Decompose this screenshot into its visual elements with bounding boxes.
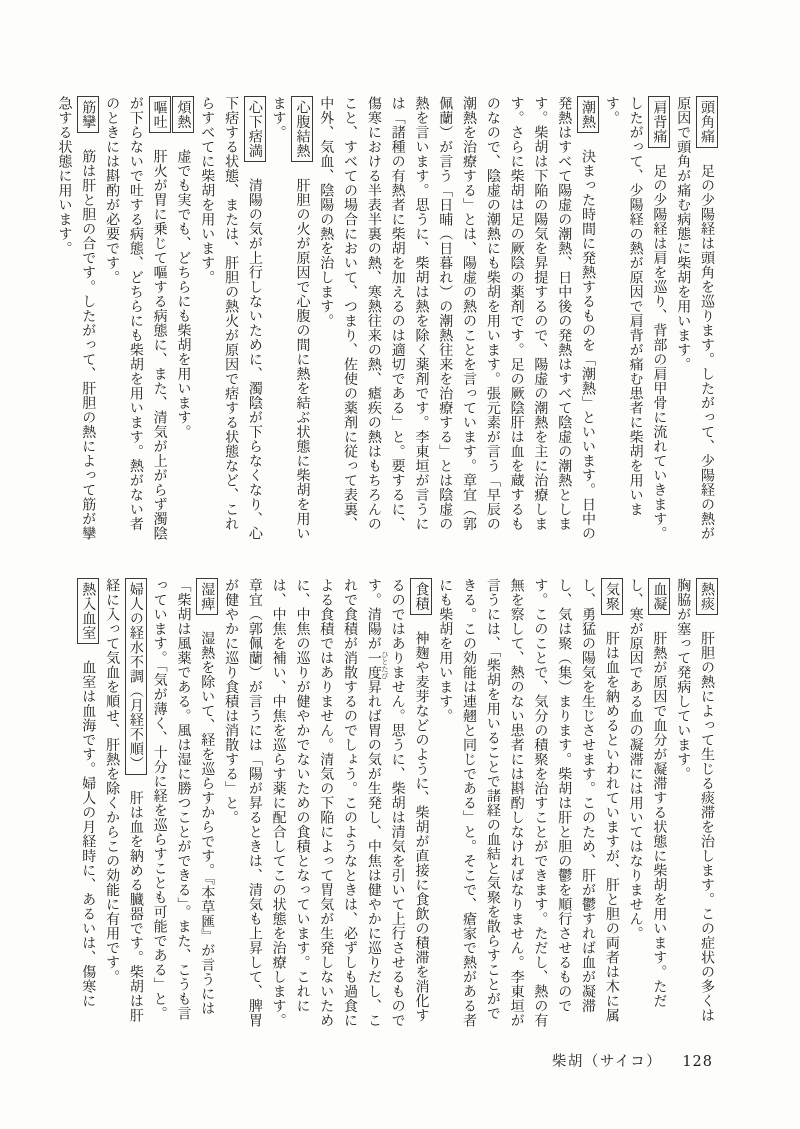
entry-body-ketsugyou: 肝熱が原因で血分が凝滞する状態に柴胡を用います。ただし、寒が原因である血の凝滞に… [628, 578, 668, 1008]
entry-body-outo: 肝火が胃に乗じて嘔する病態に、また、清気が上がらず濁陰が下らないで吐する病態、ど… [104, 96, 168, 541]
entry-body-kishuu: 肝は血を納めるといわれていますが、肝と胆の両者は木に属し、勇猛の陽気を生じさせま… [437, 578, 620, 1028]
entry-body-hannetsu: 虚でも実でも、どちらにも柴胡を用います。 [175, 149, 191, 439]
entry-shinka-himan: 心下痞満清陽の気が上行しないために、濁陰が下らなくなり、心下痞する状態、または、… [194, 96, 265, 544]
entry-kishuu: 気聚肝は血を納めるといわれていますが、肝と胆の両者は木に属し、勇猛の陽気を生じさ… [432, 578, 622, 1030]
entry-body-shippi: 湿熱を除いて、経を巡らすからです。『本草匯』が言うには「柴胡は風薬である。風は湿… [152, 578, 216, 1021]
entry-shinpuku-ketsunetsu: 心腹結熱肝胆の火が原因で心腹の間に熱を結ぶ状態に柴胡を用います。 [266, 96, 314, 544]
entry-body-kenhaitsuu: 足の少陽経は肩を巡り、背部の肩甲骨に流れていきます。したがって、少陽経の熱が原因… [604, 96, 668, 541]
entry-body-shokuseki-post: 昇れば胃の気が生発し、中焦は健やかに巡りだし、これで食積が消散するのでしょう。こ… [223, 578, 382, 1028]
entry-outo: 嘔吐肝火が胃に乗じて嘔する病態に、また、清気が上がらず濁陰が下らないで吐する病態… [99, 96, 170, 544]
text-block-top: 頭角痛足の少陽経は頭角を巡ります。したがって、少陽経の熱が原因で頭角が痛む病態に… [58, 96, 718, 544]
entry-body-shinpuku-ketsunetsu: 肝胆の火が原因で心腹の間に熱を結ぶ状態に柴胡を用います。 [271, 96, 311, 541]
entry-shippi: 湿痺湿熱を除いて、経を巡らすからです。『本草匯』が言うには「柴胡は風薬である。風… [147, 578, 218, 1030]
entry-body-kinren: 筋は肝と胆の合です。したがって、肝胆の熱によって筋が攣急する状態に用います。 [56, 96, 96, 541]
entry-shokuseki: 食積神麹や麦芽などのように、柴胡が直接に食飲の積滞を消化するのではありません。思… [218, 578, 432, 1030]
ruby-furigana: ひとたび [381, 651, 389, 680]
entry-heading-shinpuku-ketsunetsu: 心腹結熱 [291, 96, 313, 162]
entry-body-shinka-himan: 清陽の気が上行しないために、濁陰が下らなくなり、心下痞する状態、または、肝胆の熱… [199, 96, 263, 541]
ruby-hitotabi: 一度ひとたび [366, 651, 382, 680]
page-footer: 柴胡（サイコ）128 [552, 1050, 713, 1071]
page-number: 128 [682, 1054, 713, 1070]
entry-heading-toukakutsuu: 頭角痛 [696, 96, 718, 148]
entry-heading-outo: 嘔吐 [149, 96, 171, 133]
entry-heading-shippi: 湿痺 [196, 578, 218, 615]
entry-heading-kenhaitsuu: 肩背痛 [648, 96, 670, 148]
entry-heading-fujin-keisui-fuchou: 婦人の経水不調（月経不順） [125, 578, 147, 775]
entry-heading-hannetsu: 煩熱 [172, 96, 194, 133]
entry-toukakutsuu: 頭角痛足の少陽経は頭角を巡ります。したがって、少陽経の熱が原因で頭角が痛む病態に… [670, 96, 718, 544]
text-block-bottom: 熱痰肝胆の熱によって生じる痰滞を治します。この症状の多くは胸脇が塞って発病してい… [56, 578, 718, 1030]
running-title: 柴胡（サイコ） [552, 1054, 662, 1070]
entry-ketsugyou: 血凝肝熱が原因で血分が凝滞する状態に柴胡を用います。ただし、寒が原因である血の凝… [623, 578, 671, 1030]
entry-kenhaitsuu: 肩背痛足の少陽経は肩を巡り、背部の肩甲骨に流れていきます。したがって、少陽経の熱… [599, 96, 670, 544]
entry-body-toukakutsuu: 足の少陽経は頭角を巡ります。したがって、少陽経の熱が原因で頭角が痛む病態に柴胡を… [675, 96, 715, 541]
entry-fujin-keisui-fuchou: 婦人の経水不調（月経不順）肝は血を納める臓器です。柴胡は肝経に入って気血を順せ、… [99, 578, 147, 1030]
entry-kinren: 筋攣筋は肝と胆の合です。したがって、肝胆の熱によって筋が攣急する状態に用います。 [52, 96, 100, 544]
entry-heading-chounetsu: 潮熱 [577, 96, 599, 133]
entry-heading-netsunyuu-ketsushitsu: 熱入血室 [77, 578, 99, 644]
entry-body-shokuseki: 神麹や麦芽などのように、柴胡が直接に食飲の積滞を消化するのではありません。思うに… [223, 578, 429, 1028]
entry-heading-netsutan: 熱痰 [696, 578, 718, 615]
entry-body-chounetsu: 決まった時間に発熱するものを「潮熱」といいます。日中の発熱はすべて陽虚の潮熱、日… [318, 96, 596, 541]
entry-body-netsutan: 肝胆の熱によって生じる痰滞を治します。この症状の多くは胸脇が塞って発病しています… [675, 578, 715, 1023]
entry-heading-shokuseki: 食積 [410, 578, 432, 615]
entry-heading-kishuu: 気聚 [601, 578, 623, 615]
entry-netsutan: 熱痰肝胆の熱によって生じる痰滞を治します。この症状の多くは胸脇が塞って発病してい… [670, 578, 718, 1030]
entry-heading-ketsugyou: 血凝 [648, 578, 670, 615]
entry-chounetsu: 潮熱決まった時間に発熱するものを「潮熱」といいます。日中の発熱はすべて陽虚の潮熱… [313, 96, 599, 544]
entry-heading-kinren: 筋攣 [77, 96, 99, 133]
entry-heading-shinka-himan: 心下痞満 [244, 96, 266, 162]
entry-body-netsunyuu-ketsushitsu: 血室は血海です。婦人の月経時に、あるいは、傷寒に [80, 660, 96, 1008]
page: { "sections_top": [ {"heading": "頭角痛", "… [0, 0, 800, 1129]
ruby-base: 一度 [366, 651, 382, 680]
entry-netsunyuu-ketsushitsu: 熱入血室血室は血海です。婦人の月経時に、あるいは、傷寒に [75, 578, 99, 1030]
entry-hannetsu: 煩熱虚でも実でも、どちらにも柴胡を用います。 [171, 96, 195, 544]
